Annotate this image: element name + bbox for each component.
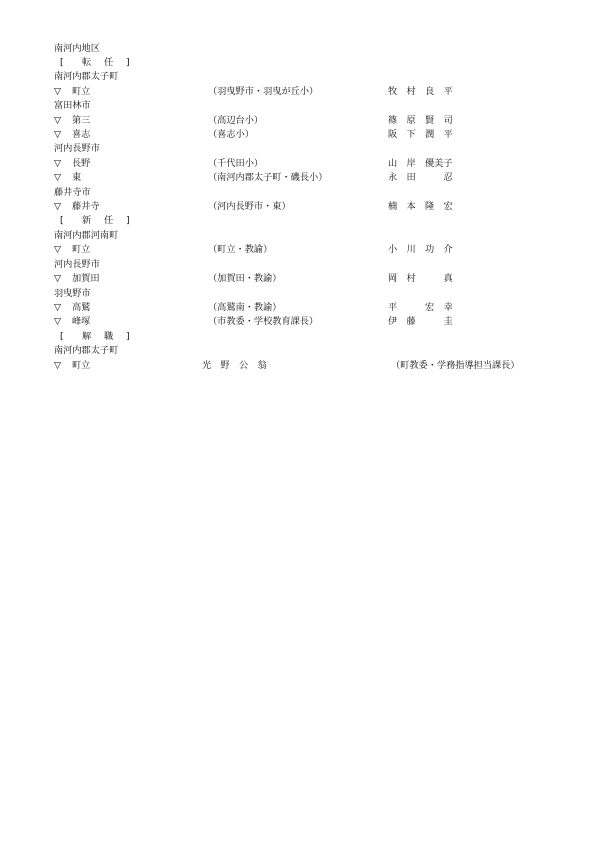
triangle-marker-icon: ▽ [54,315,61,329]
previous-post: （加賀田・教諭） [208,272,282,286]
school-name: 町立 [72,85,90,99]
triangle-marker-icon: ▽ [54,114,61,128]
triangle-marker-icon: ▽ [54,128,61,142]
section-label: [解職] [60,330,148,344]
school-name: 藤井寺 [72,200,100,214]
person-name: 牧村良平 [388,85,462,99]
previous-post: （羽曳野市・羽曳が丘小） [208,85,318,99]
previous-post: （町教委・学務指導担当課長） [391,359,520,373]
person-name: 小川功介 [388,243,462,257]
previous-post: （市教委・学校教育課長） [208,315,318,329]
triangle-marker-icon: ▽ [54,243,61,257]
triangle-marker-icon: ▽ [54,272,61,286]
previous-post: （河内長野市・東） [208,200,291,214]
previous-post: （喜志小） [208,128,254,142]
person-name: 光野公翁 [202,359,276,373]
triangle-marker-icon: ▽ [54,200,61,214]
school-name: 喜志 [72,128,90,142]
school-name: 第三 [72,114,90,128]
triangle-marker-icon: ▽ [54,157,61,171]
person-name: 楠本隆宏 [388,200,462,214]
triangle-marker-icon: ▽ [54,359,61,373]
person-name: 山岸優美子 [388,157,453,171]
school-name: 東 [72,171,81,185]
previous-post: （町立・教諭） [208,243,272,257]
person-name: 篠原賢司 [388,114,462,128]
previous-post: （高辺台小） [208,114,263,128]
triangle-marker-icon: ▽ [54,171,61,185]
person-name: 伊藤圭 [388,315,462,329]
triangle-marker-icon: ▽ [54,301,61,315]
section-label: [転任] [60,56,148,70]
previous-post: （南河内郡太子町・磯長小） [208,171,327,185]
person-name: 平宏幸 [388,301,462,315]
previous-post: （千代田小） [208,157,263,171]
document-page: 南河内地区 [転任] 南河内郡太子町 ▽ 町立 （羽曳野市・羽曳が丘小） 牧村良… [0,0,596,843]
previous-post: （高鷲南・教諭） [208,301,282,315]
area-label: 南河内地区 [54,42,100,56]
person-name: 永田忍 [388,171,462,185]
section-label: [新任] [60,214,148,228]
school-name: 高鷲 [72,301,90,315]
school-name: 町立 [72,243,90,257]
school-name: 町立 [72,359,90,373]
school-name: 峰塚 [72,315,90,329]
triangle-marker-icon: ▽ [54,85,61,99]
person-name: 阪下潤平 [388,128,462,142]
school-name: 加賀田 [72,272,100,286]
person-name: 岡村真 [388,272,462,286]
school-name: 長野 [72,157,90,171]
